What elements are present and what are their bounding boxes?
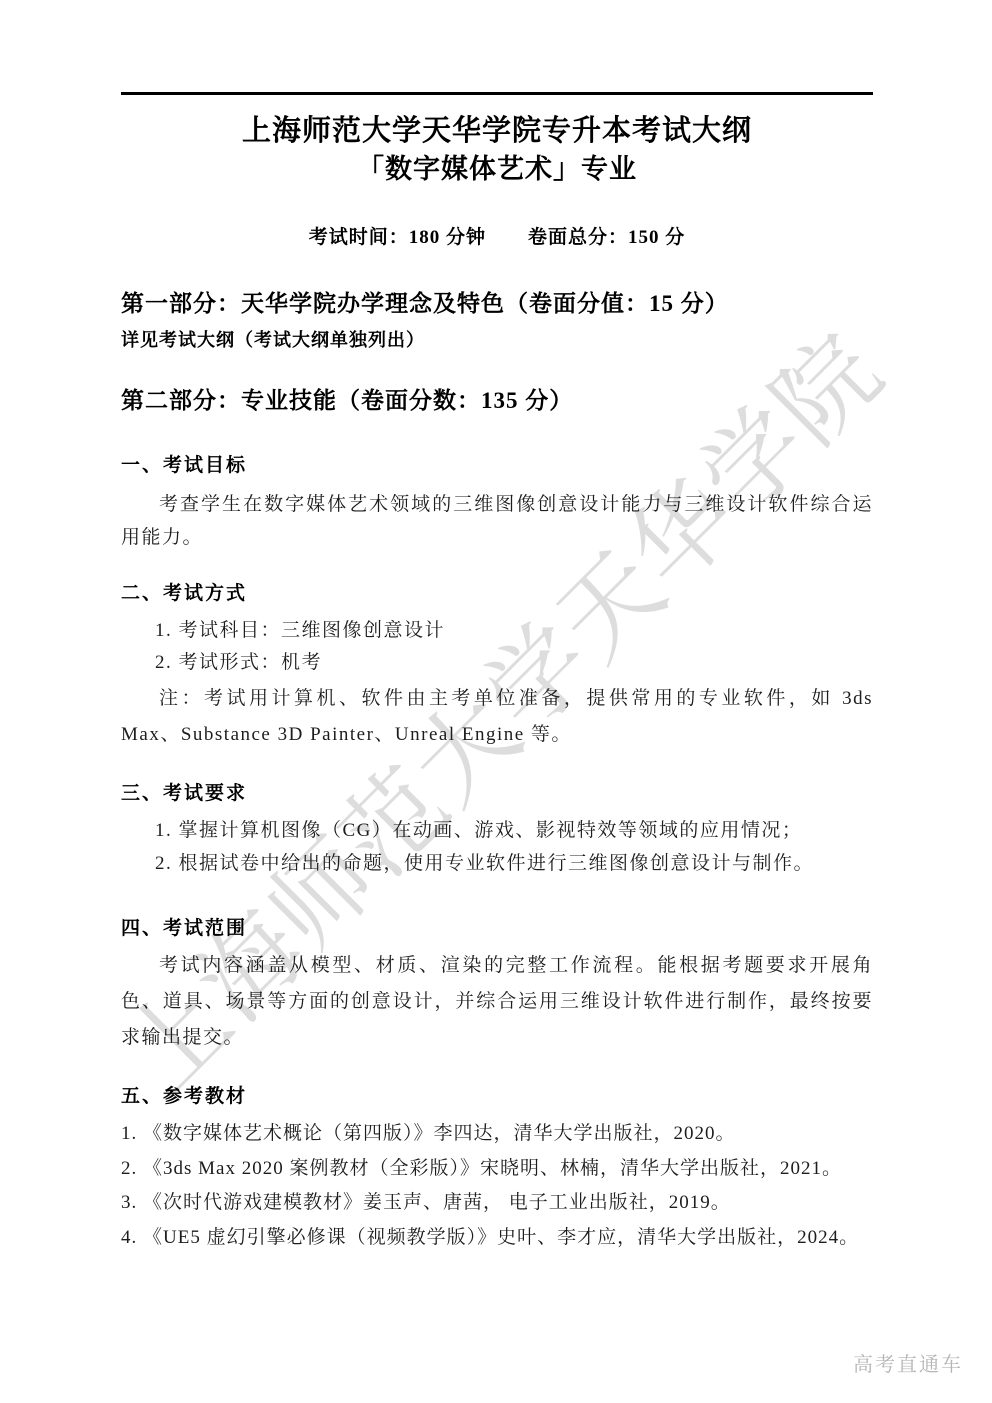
part2-heading: 第二部分：专业技能（卷面分数：135 分） — [121, 386, 873, 416]
section2-heading: 二、考试方式 — [121, 580, 873, 607]
header-rule-divider — [121, 92, 873, 95]
document-content: 上海师范大学天华学院专升本考试大纲 「数字媒体艺术」专业 考试时间：180 分钟… — [121, 0, 873, 1255]
list-item: 1. 掌握计算机图像（CG）在动画、游戏、影视特效等领域的应用情况； — [121, 814, 873, 847]
part1-note: 详见考试大纲（考试大纲单独列出） — [121, 328, 873, 353]
footer-watermark: 高考直通车 — [853, 1348, 963, 1377]
section2-item-list: 1. 考试科目：三维图像创意设计 2. 考试形式：机考 — [121, 615, 873, 679]
document-page: 上海师范大学天华学院 上海师范大学天华学院专升本考试大纲 「数字媒体艺术」专业 … — [0, 0, 992, 1403]
reference-item: 4. 《UE5 虚幻引擎必修课（视频教学版）》史叶、李才应，清华大学出版社，20… — [121, 1221, 873, 1256]
list-item: 2. 根据试卷中给出的命题，使用专业软件进行三维图像创意设计与制作。 — [121, 847, 873, 880]
list-item: 2. 考试形式：机考 — [121, 647, 873, 679]
section4-paragraph: 考试内容涵盖从模型、材质、渲染的完整工作流程。能根据考题要求开展角色、道具、场景… — [121, 948, 873, 1056]
exam-info-line: 考试时间：180 分钟 卷面总分：150 分 — [121, 225, 873, 251]
reference-item: 2. 《3ds Max 2020 案例教材（全彩版）》宋晓明、林楠，清华大学出版… — [121, 1152, 873, 1187]
section4-heading: 四、考试范围 — [121, 915, 873, 942]
exam-time-label: 考试时间：180 分钟 — [309, 225, 486, 251]
reference-item: 1. 《数字媒体艺术概论（第四版）》李四达，清华大学出版社，2020。 — [121, 1117, 873, 1152]
section3-heading: 三、考试要求 — [121, 780, 873, 807]
reference-list: 1. 《数字媒体艺术概论（第四版）》李四达，清华大学出版社，2020。 2. 《… — [121, 1117, 873, 1255]
doc-title: 上海师范大学天华学院专升本考试大纲 — [121, 114, 873, 148]
list-item: 1. 考试科目：三维图像创意设计 — [121, 615, 873, 647]
section2-note: 注：考试用计算机、软件由主考单位准备，提供常用的专业软件，如 3ds Max、S… — [121, 681, 873, 753]
total-score-label: 卷面总分：150 分 — [528, 225, 685, 251]
section1-heading: 一、考试目标 — [121, 452, 873, 479]
doc-subtitle: 「数字媒体艺术」专业 — [121, 153, 873, 185]
section5-heading: 五、参考教材 — [121, 1083, 873, 1110]
reference-item: 3. 《次时代游戏建模教材》姜玉声、唐茜， 电子工业出版社，2019。 — [121, 1186, 873, 1221]
part1-heading: 第一部分：天华学院办学理念及特色（卷面分值：15 分） — [121, 289, 873, 319]
section1-paragraph: 考查学生在数字媒体艺术领域的三维图像创意设计能力与三维设计软件综合运用能力。 — [121, 488, 873, 554]
section3-item-list: 1. 掌握计算机图像（CG）在动画、游戏、影视特效等领域的应用情况； 2. 根据… — [121, 814, 873, 880]
